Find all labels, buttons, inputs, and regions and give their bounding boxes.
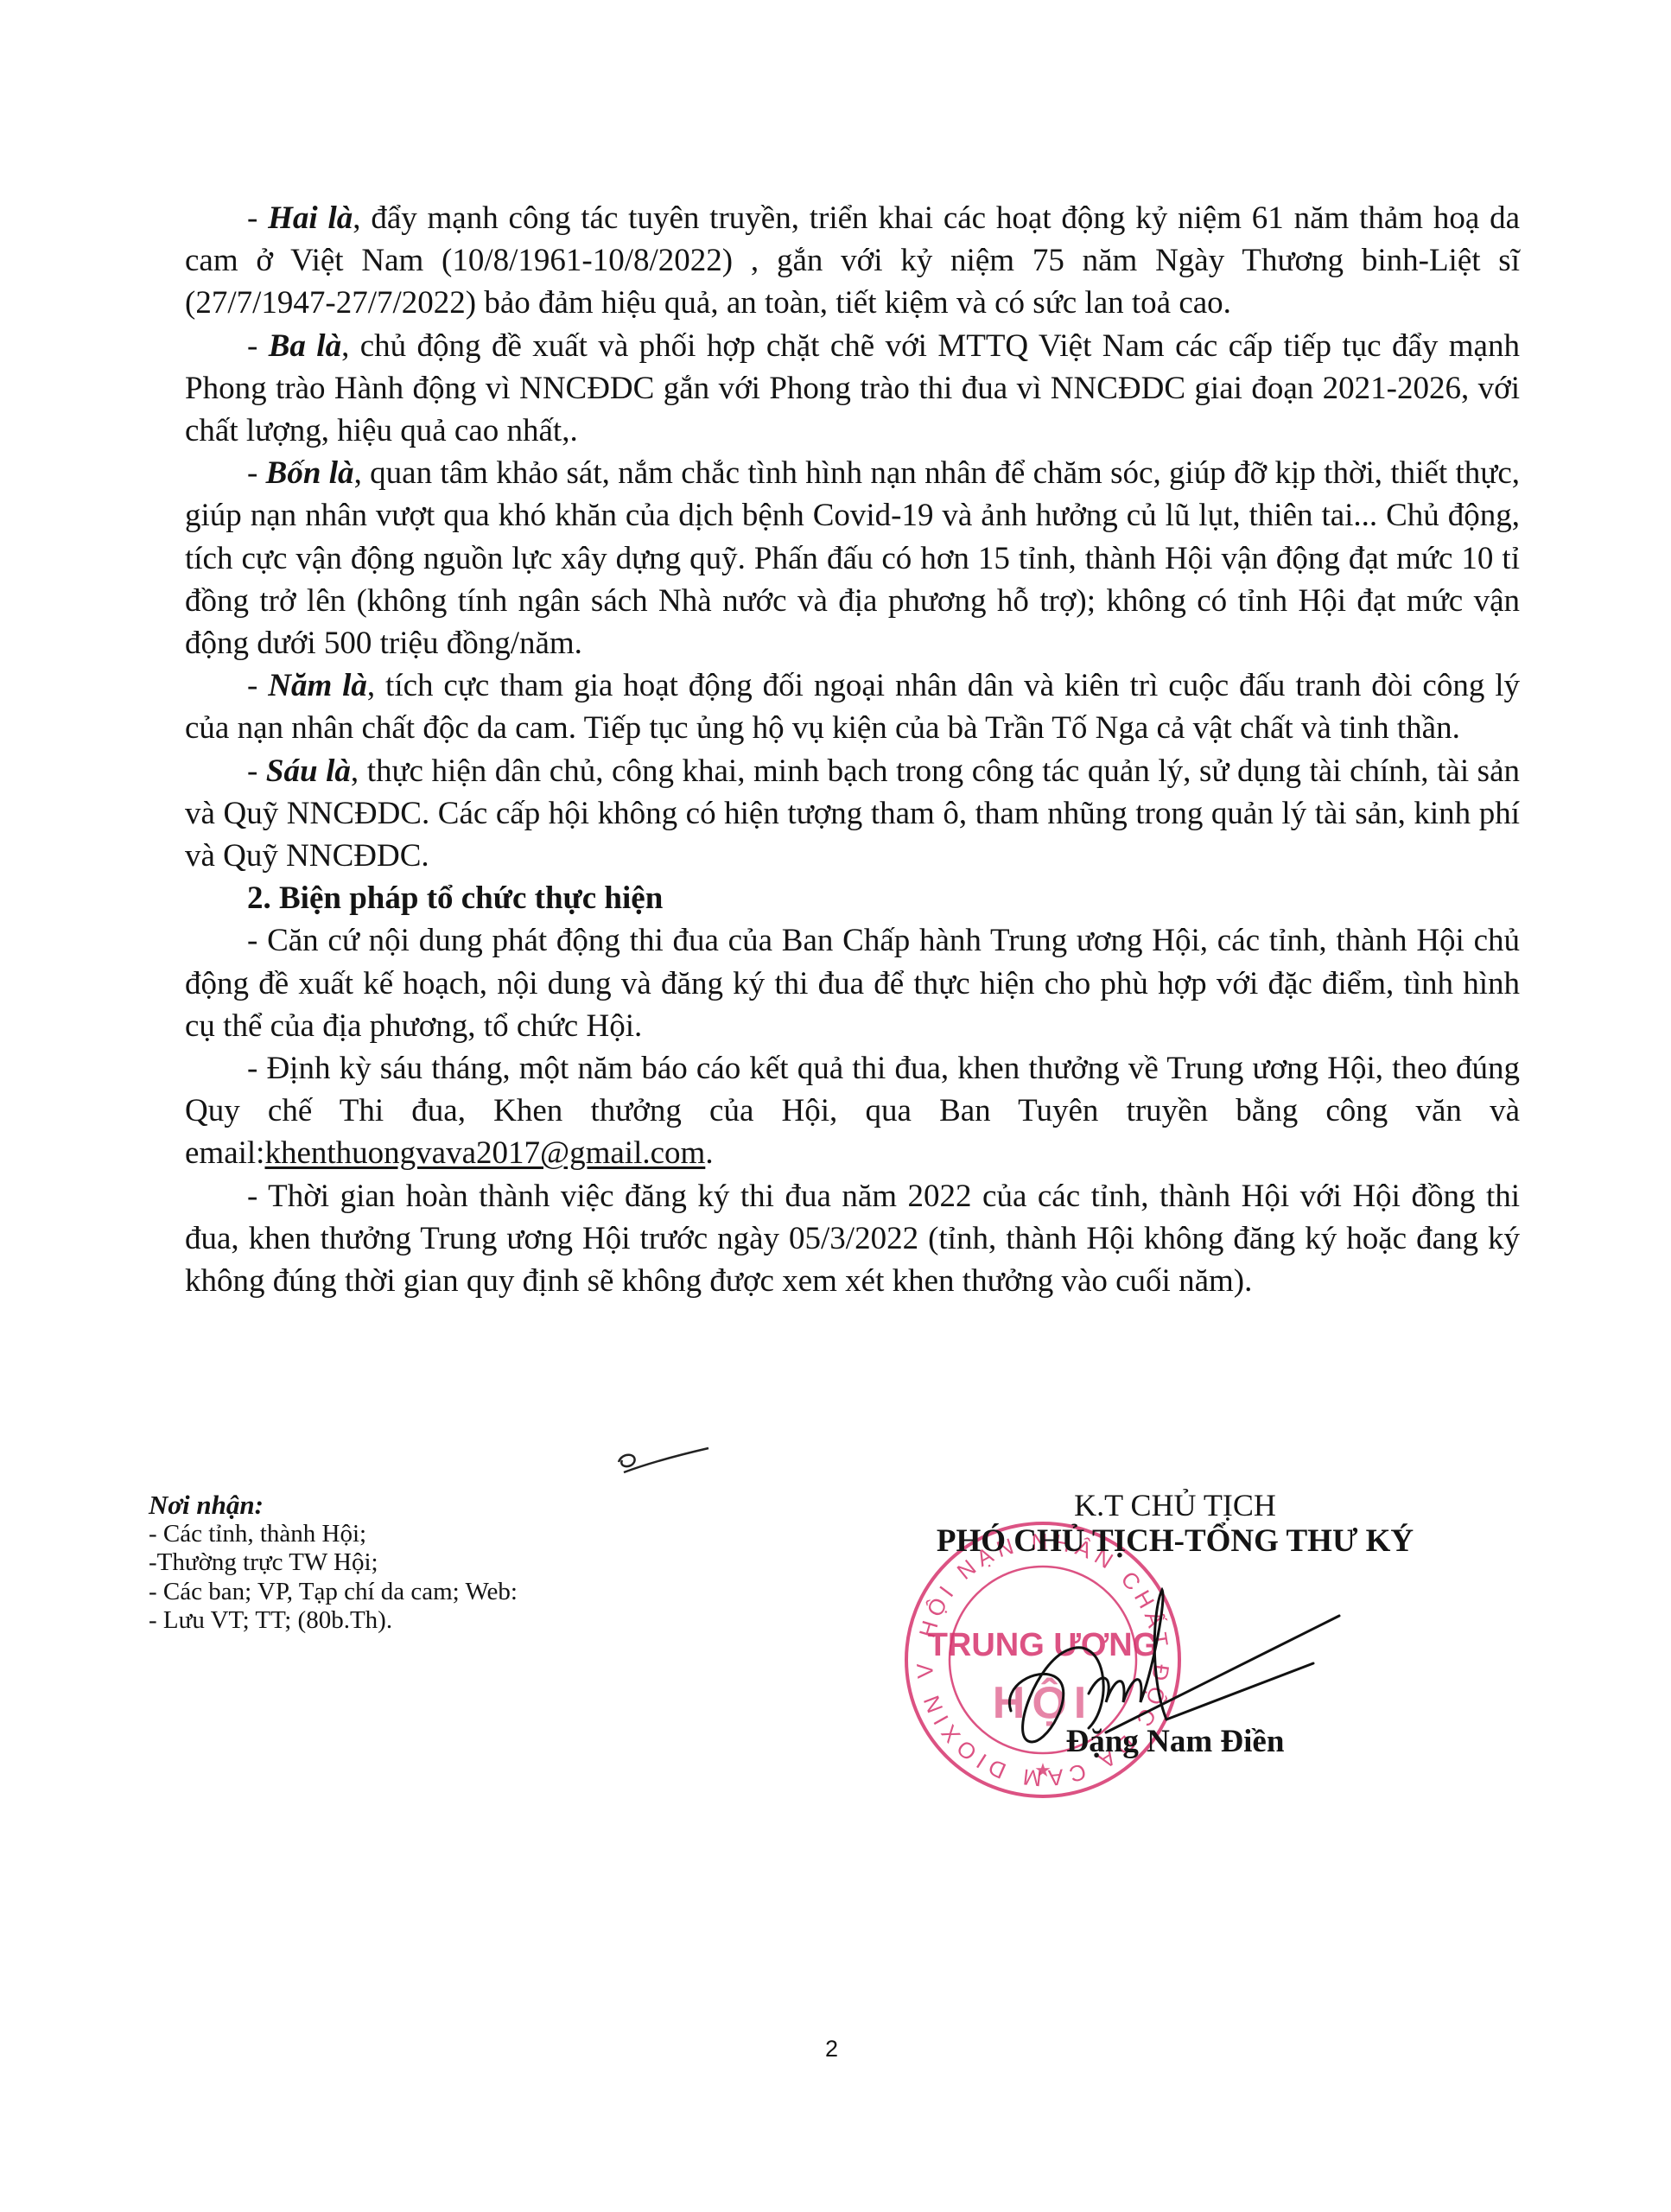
measure-paragraph: - Thời gian hoàn thành việc đăng ký thi … <box>185 1175 1520 1303</box>
goal-lead: Bốn là <box>266 455 354 491</box>
measure-paragraph: - Căn cứ nội dung phát động thi đua của … <box>185 919 1520 1047</box>
handwritten-signature-icon <box>985 1581 1348 1754</box>
goal-lead: Hai là <box>268 200 353 236</box>
signature-on-behalf: K.T CHỦ TỊCH <box>829 1488 1521 1522</box>
recipient-item: - Lưu VT; TT; (80b.Th). <box>149 1606 518 1636</box>
goal-lead: Năm là <box>268 668 367 703</box>
document-body: - Hai là, đẩy mạnh công tác tuyên truyền… <box>185 197 1520 1302</box>
svg-text:★: ★ <box>1034 1759 1052 1781</box>
recipients-label: Nơi nhận: <box>149 1491 518 1520</box>
goal-paragraph: - Ba là, chủ động đề xuất và phối hợp ch… <box>185 325 1520 453</box>
initial-mark-icon <box>612 1443 715 1486</box>
goal-paragraph: - Sáu là, thực hiện dân chủ, công khai, … <box>185 750 1520 878</box>
goal-paragraph: - Hai là, đẩy mạnh công tác tuyên truyền… <box>185 197 1520 325</box>
email-link[interactable]: khenthuongvava2017@gmail.com <box>264 1135 705 1171</box>
signature-title: PHÓ CHỦ TỊCH-TỔNG THƯ KÝ <box>829 1522 1521 1560</box>
page-number: 2 <box>825 2036 838 2063</box>
goal-lead: Sáu là <box>266 753 351 789</box>
recipients-block: Nơi nhận: - Các tỉnh, thành Hội; -Thường… <box>149 1491 518 1636</box>
goal-paragraph: - Năm là, tích cực tham gia hoạt động đố… <box>185 664 1520 749</box>
document-page: - Hai là, đẩy mạnh công tác tuyên truyền… <box>0 0 1671 2212</box>
recipient-item: - Các tỉnh, thành Hội; <box>149 1520 518 1549</box>
recipient-item: - Các ban; VP, Tạp chí da cam; Web: <box>149 1578 518 1607</box>
signature-block: K.T CHỦ TỊCH PHÓ CHỦ TỊCH-TỔNG THƯ KÝ Đặ… <box>829 1488 1521 1560</box>
section-heading: 2. Biện pháp tổ chức thực hiện <box>185 877 1520 919</box>
measure-paragraph: - Định kỳ sáu tháng, một năm báo cáo kết… <box>185 1047 1520 1175</box>
recipient-item: -Thường trực TW Hội; <box>149 1548 518 1578</box>
goal-lead: Ba là <box>269 328 341 364</box>
goal-paragraph: - Bốn là, quan tâm khảo sát, nắm chắc tì… <box>185 452 1520 664</box>
